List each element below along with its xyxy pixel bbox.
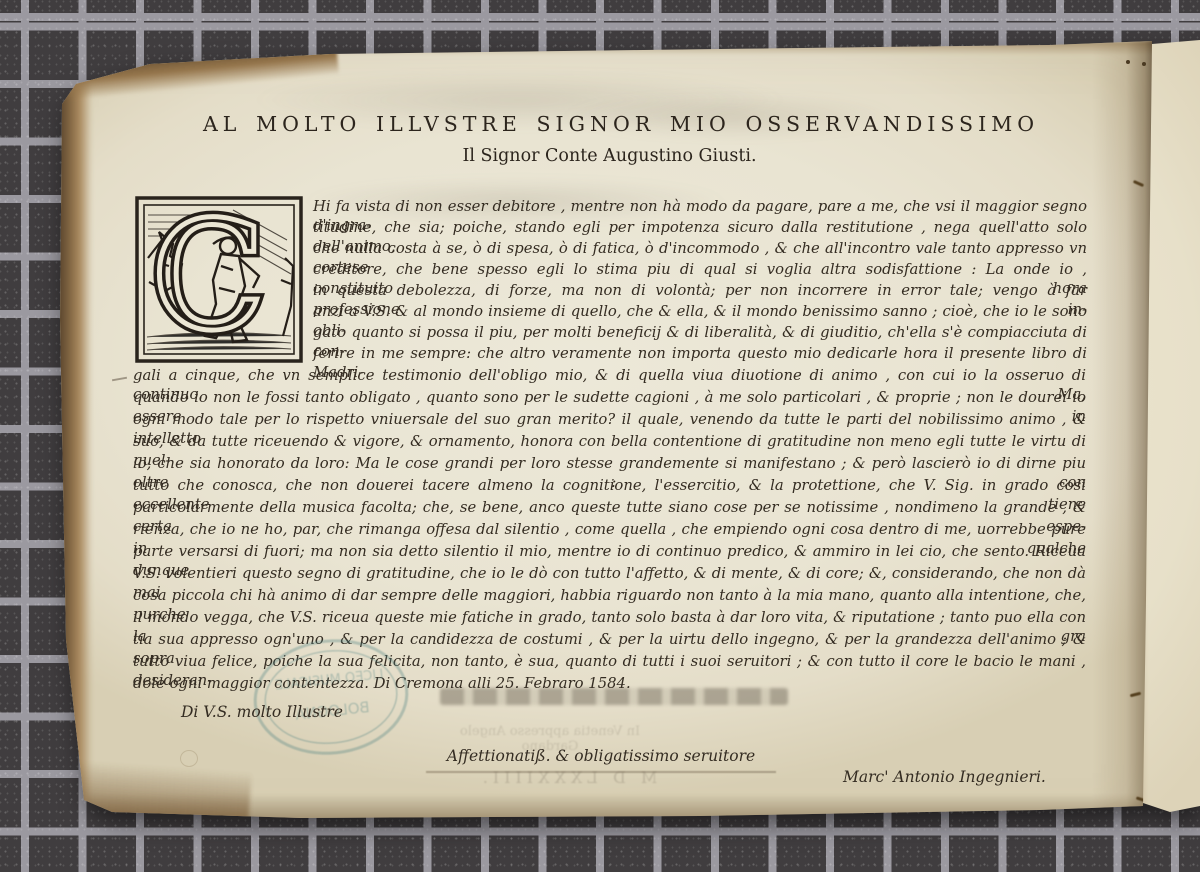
showthrough-title-band [440, 688, 788, 705]
book: AL MOLTO ILLVSTRE SIGNOR MIO OSSERVANDIS… [0, 0, 1200, 872]
dedication-subtitle: Il Signor Conte Augustino Giusti. [133, 146, 1086, 166]
woodcut-initial-C: C C [135, 196, 303, 363]
main-page: AL MOLTO ILLVSTRE SIGNOR MIO OSSERVANDIS… [0, 0, 1200, 872]
stamp-text-line1: LICEO MUSICALE [274, 667, 384, 693]
page-left-browned-edge [56, 74, 92, 816]
showthrough-rule [426, 771, 776, 773]
page-top-edge-shading [300, 42, 1160, 55]
valediction: Affettionatiß. & obligatissimo seruitore [428, 747, 774, 765]
grid-mat-background: AL MOLTO ILLVSTRE SIGNOR MIO OSSERVANDIS… [0, 0, 1200, 872]
margin-pen-mark [112, 377, 127, 382]
dedication-title: AL MOLTO ILLVSTRE SIGNOR MIO OSSERVANDIS… [203, 112, 1039, 136]
woodcut-letter-core: C [151, 196, 266, 363]
foxing-ring [180, 750, 198, 767]
page-bottomleft-corner-stain [58, 759, 251, 828]
salutation: Di V.S. molto Illustre [181, 703, 343, 721]
library-stamp: LICEO MUSICALE BOLOGNA [244, 628, 418, 766]
signature: Marc' Antonio Ingegnieri. [843, 768, 1046, 786]
binding-hole-dot [1142, 62, 1146, 66]
binding-hole-dot [1126, 60, 1130, 64]
